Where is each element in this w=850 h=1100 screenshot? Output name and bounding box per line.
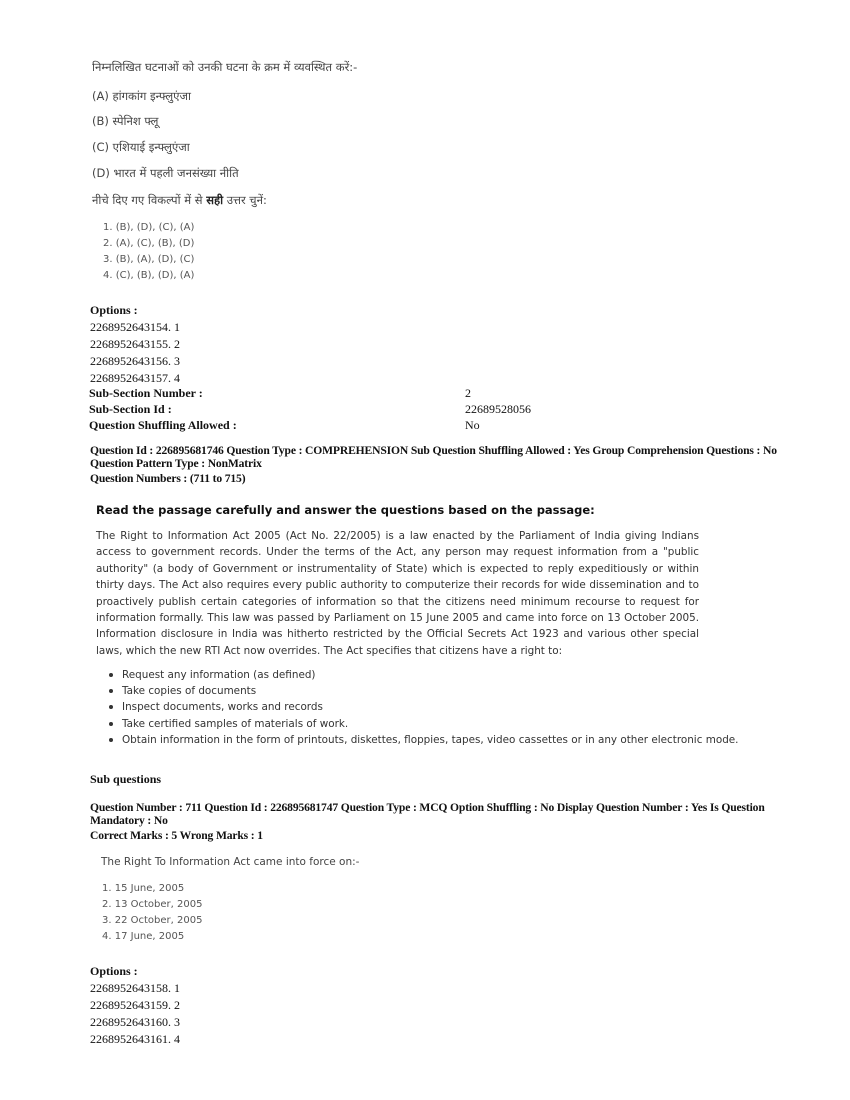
- instruction-emphasis: सही: [206, 193, 223, 207]
- sub-questions-heading: Sub questions: [90, 772, 161, 787]
- option-item: 2268952643154. 1: [90, 320, 180, 335]
- option-item: 2268952643155. 2: [90, 337, 180, 352]
- option-item: 2268952643159. 2: [90, 998, 180, 1013]
- sub-question-marks: Correct Marks : 5 Wrong Marks : 1: [90, 830, 760, 843]
- event-a: (A) हांगकांग इन्फ्लुएंजा: [92, 89, 191, 104]
- passage-body: The Right to Information Act 2005 (Act N…: [96, 528, 699, 659]
- event-c: (C) एशियाई इन्फ्लुएंजा: [92, 140, 190, 155]
- choice-3: 3. (B), (A), (D), (C): [103, 254, 194, 265]
- sub-question-header-line2: Mandatory : No: [90, 815, 760, 828]
- sub-question-choice-3: 3. 22 October, 2005: [102, 915, 202, 926]
- option-item: 2268952643160. 3: [90, 1015, 180, 1030]
- option-item: 2268952643156. 3: [90, 354, 180, 369]
- instruction-text: नीचे दिए गए विकल्पों में से: [92, 193, 206, 207]
- comprehension-header-line3: Question Numbers : (711 to 715): [90, 473, 760, 486]
- question-shuffling-label: Question Shuffling Allowed :: [89, 418, 237, 433]
- rights-list-item: Take copies of documents: [108, 683, 738, 699]
- choice-4: 4. (C), (B), (D), (A): [103, 270, 194, 281]
- choice-2: 2. (A), (C), (B), (D): [103, 238, 194, 249]
- sub-question-choice-1: 1. 15 June, 2005: [102, 883, 184, 894]
- subsection-id-value: 22689528056: [465, 402, 531, 417]
- sub-question-text: The Right To Information Act came into f…: [101, 856, 359, 868]
- subsection-number-value: 2: [465, 386, 471, 401]
- passage-title: Read the passage carefully and answer th…: [96, 503, 595, 517]
- choice-1: 1. (B), (D), (C), (A): [103, 222, 194, 233]
- comprehension-header-line1: Question Id : 226895681746 Question Type…: [90, 445, 760, 458]
- question-shuffling-value: No: [465, 418, 480, 433]
- sub-question-choice-2: 2. 13 October, 2005: [102, 899, 202, 910]
- option-item: 2268952643157. 4: [90, 371, 180, 386]
- option-item: 2268952643161. 4: [90, 1032, 180, 1047]
- subsection-number-label: Sub-Section Number :: [89, 386, 203, 401]
- sub-question-header: Question Number : 711 Question Id : 2268…: [90, 802, 760, 843]
- option-item: 2268952643158. 1: [90, 981, 180, 996]
- question-prompt: निम्नलिखित घटनाओं को उनकी घटना के क्रम म…: [92, 60, 357, 75]
- subsection-id-label: Sub-Section Id :: [89, 402, 172, 417]
- sub-question-header-line1: Question Number : 711 Question Id : 2268…: [90, 802, 760, 815]
- event-b: (B) स्पेनिश फ्लू: [92, 114, 158, 129]
- rights-list-item: Take certified samples of materials of w…: [108, 716, 738, 732]
- answer-instruction: नीचे दिए गए विकल्पों में से सही उत्तर चु…: [92, 193, 267, 208]
- comprehension-header: Question Id : 226895681746 Question Type…: [90, 445, 760, 486]
- rights-list: Request any information (as defined) Tak…: [108, 667, 738, 748]
- event-d: (D) भारत में पहली जनसंख्या नीति: [92, 166, 239, 181]
- rights-list-item: Obtain information in the form of printo…: [108, 732, 738, 748]
- sub-question-choice-4: 4. 17 June, 2005: [102, 931, 184, 942]
- instruction-text-end: उत्तर चुनें:: [223, 193, 267, 207]
- rights-list-item: Inspect documents, works and records: [108, 699, 738, 715]
- document-page: निम्नलिखित घटनाओं को उनकी घटना के क्रम म…: [0, 0, 850, 1100]
- options-label: Options :: [90, 303, 138, 318]
- options-label: Options :: [90, 964, 138, 979]
- rights-list-item: Request any information (as defined): [108, 667, 738, 683]
- comprehension-header-line2: Question Pattern Type : NonMatrix: [90, 458, 760, 471]
